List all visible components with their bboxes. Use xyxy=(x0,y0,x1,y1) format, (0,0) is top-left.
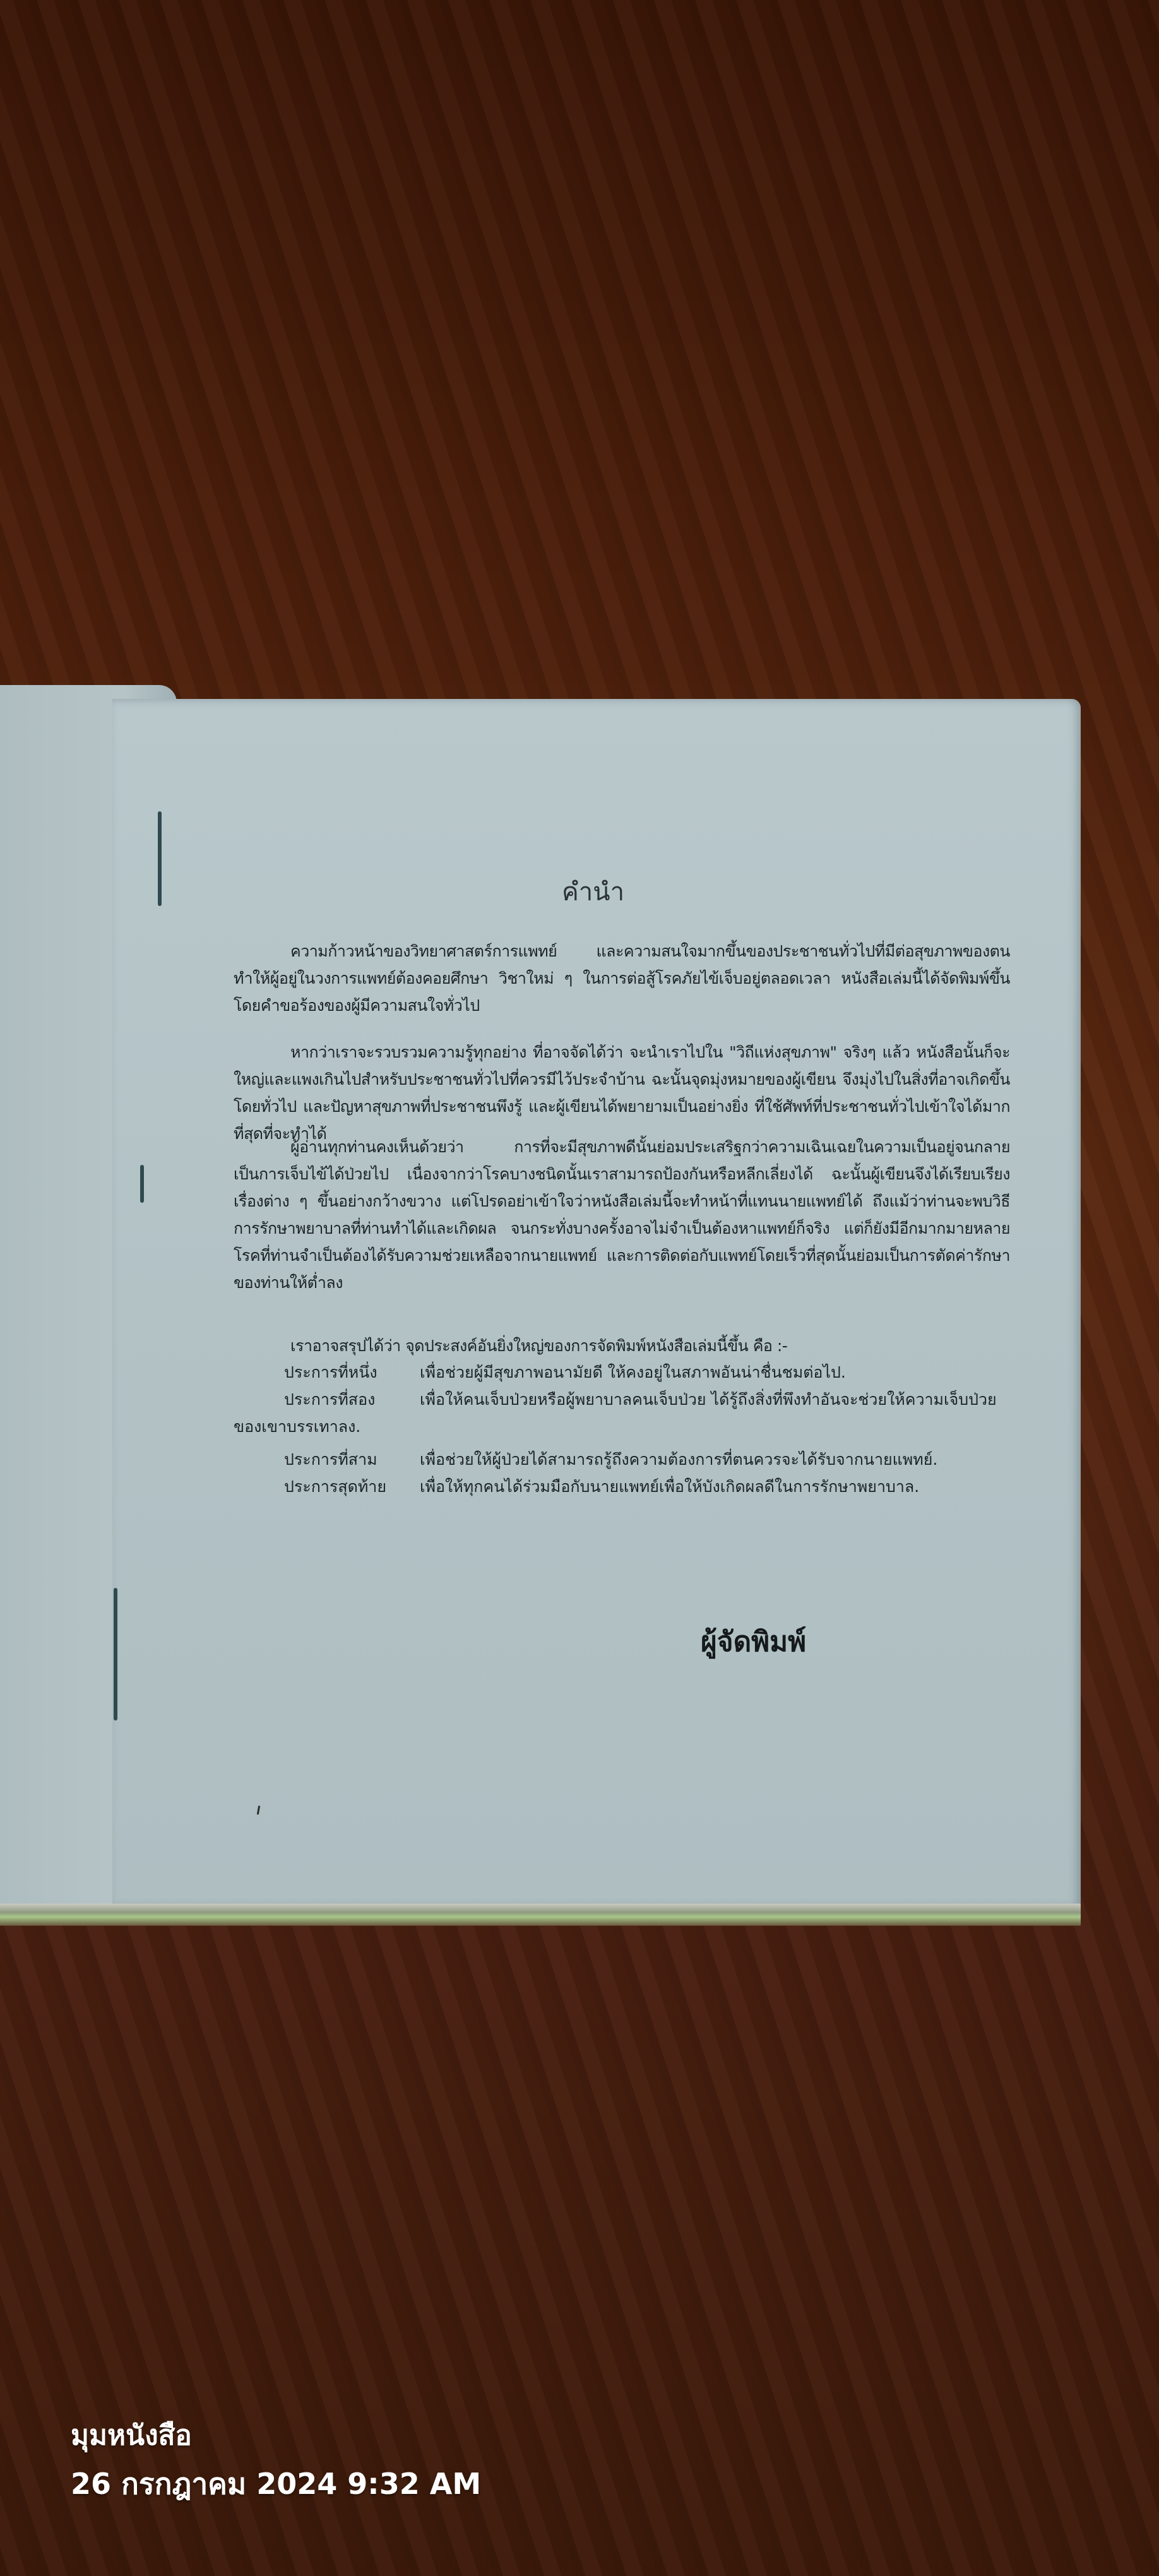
watermark-timestamp: 26 กรกฎาคม 2024 9:32 AM xyxy=(71,2461,481,2507)
paragraph-3: ผู้อ่านทุกท่านคงเห็นด้วยว่า การที่จะมีสุ… xyxy=(234,1133,1010,1296)
page-title: คำนำ xyxy=(562,871,624,912)
purpose-text: เพื่อให้ทุกคนได้ร่วมมือกับนายแพทย์เพื่อใ… xyxy=(420,1477,919,1496)
purpose-item: ประการที่สามเพื่อช่วยให้ผู้ป่วยได้สามารถ… xyxy=(234,1446,1010,1473)
purpose-label: ประการที่สอง xyxy=(234,1386,420,1413)
purpose-item: ประการสุดท้ายเพื่อให้ทุกคนได้ร่วมมือกับน… xyxy=(234,1473,1010,1500)
binding-thread xyxy=(140,1165,144,1203)
purpose-text: เพื่อช่วยให้ผู้ป่วยได้สามารถรู้ถึงความต้… xyxy=(420,1450,937,1469)
open-book xyxy=(0,685,1081,1923)
publisher-signature: ผู้จัดพิมพ์ xyxy=(701,1619,806,1664)
binding-thread xyxy=(114,1588,117,1720)
paragraph-2: หากว่าเราจะรวบรวมความรู้ทุกอย่าง ที่อาจจ… xyxy=(234,1039,1010,1147)
purpose-label: ประการสุดท้าย xyxy=(234,1473,420,1500)
paragraph-4: เราอาจสรุปได้ว่า จุดประสงค์อันยิ่งใหญ่ขอ… xyxy=(234,1332,1010,1359)
purpose-label: ประการที่สาม xyxy=(234,1446,420,1473)
purpose-item: ประการที่สองเพื่อให้คนเจ็บป่วยหรือผู้พยา… xyxy=(234,1386,1010,1440)
purpose-text: เพื่อช่วยผู้มีสุขภาพอนามัยดี ให้คงอยู่ใน… xyxy=(420,1363,846,1381)
watermark-name: มุมหนังสือ xyxy=(71,2413,192,2457)
paragraph-1: ความก้าวหน้าของวิทยาศาสตร์การแพทย์ และคว… xyxy=(234,938,1010,1019)
purpose-label: ประการที่หนึ่ง xyxy=(234,1359,420,1386)
purpose-item: ประการที่หนึ่งเพื่อช่วยผู้มีสุขภาพอนามัย… xyxy=(234,1359,1010,1386)
binding-thread xyxy=(158,811,162,906)
page-edges xyxy=(0,1904,1081,1926)
